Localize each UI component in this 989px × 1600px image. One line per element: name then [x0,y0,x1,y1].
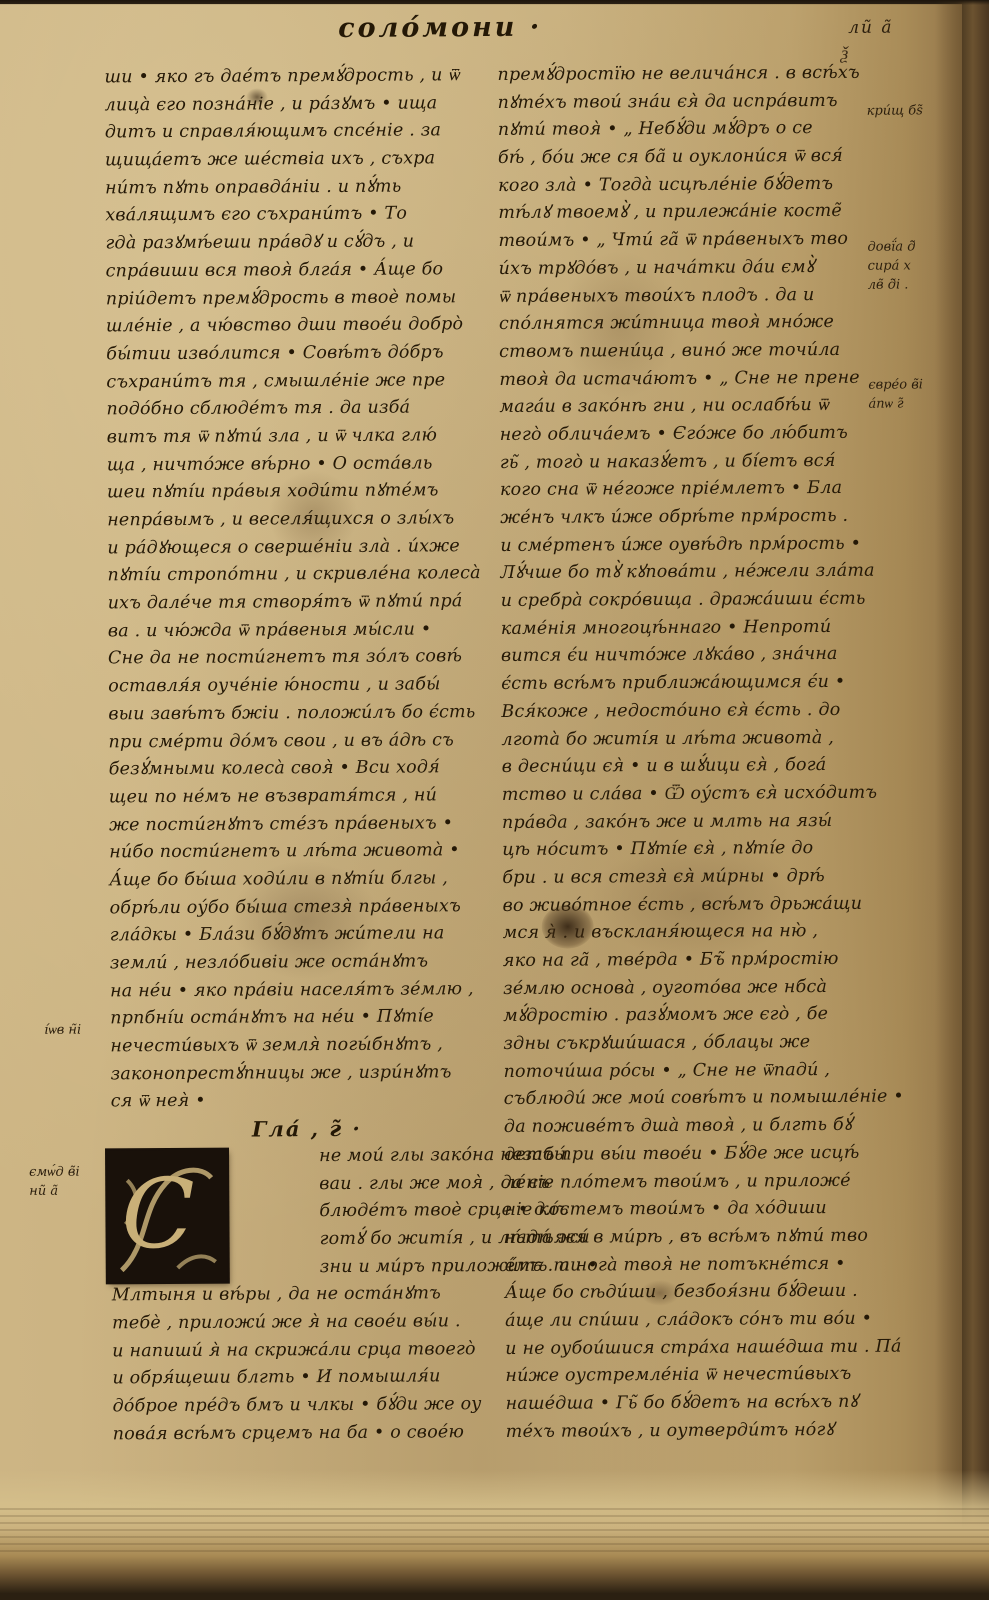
text-line: ща , ничто́же вѣ́рно • О оста́вль [107,450,499,480]
text-line: цѣ но́ситъ • Пꙋті́е єя̀ , пꙋті́е до [502,835,894,865]
folio-number: ли̃ а̃ [848,18,893,38]
text-line: ни́бо пости́гнетъ и лѣ́та живота̀ • [109,837,501,867]
text-line: ни́тъ пꙋть оправда́ніи . и пꙋ́ть [105,173,497,203]
text-line: лгота̀ бо житі́я и лѣ́та живота̀ , [501,724,893,754]
text-line: непра́вымъ , и веселя́щихся о злы́хъ [107,505,499,535]
text-line: пꙋті́и стропо́тни , и скривле́на колеса̀ [107,560,499,590]
text-line: да поживе́тъ дша̀ твоя̀ , и блгть бꙋ́ [504,1112,896,1142]
text-line: земли́ , незло́бивіи же оста́нꙋтъ [110,948,502,978]
margin-note-right-3: євре́о в̃іа́пѡ г̃ [868,375,923,413]
text-line: и́хъ трꙋдо́въ , и нача́тки да́и ємꙋ̀ [499,253,891,283]
text-line: на не́и • яко пра́віи населя́тъ зе́млю , [110,976,502,1006]
text-line: кого зла̀ • Тогда̀ исцѣле́ніе бꙋ́детъ [498,170,890,200]
text-line: ни́же оустремле́ніа ѿ нечести́выхъ [505,1361,897,1391]
text-line: выи завѣ́тъ бжіи . положи́лъ бо є́сть [108,699,500,729]
text-line: Лꙋ́чше бо тꙋ̀ кꙋпова́ти , не́жели зла́та [500,558,892,588]
margin-note-right-1: кри́щ бѕ̃ [867,101,923,120]
text-line: вится є́и ничто́же лꙋка́во , зна́чна [501,641,893,671]
text-line: безꙋ́мными колеса̀ своя̀ • Вси ходя́ [109,754,501,784]
text-line: бы́тии изво́лится • Совѣ́тъ до́бръ [106,339,498,369]
page-right-edge-shadow [935,0,989,1600]
text-line: бѣ́ , бо́и же ся ба̃ и оуклони́ся ѿ вся́ [498,143,890,173]
text-line: бри . и вся стезя̀ єя̀ ми́рны • дрѣ́ [502,863,894,893]
text-line: и ра́дꙋющеся о сверше́ніи зла̀ . и́хже [107,533,499,563]
text-line: законопрестꙋ́пницы же , изри́нꙋтъ [110,1059,502,1089]
text-line: ся ѿ нея̀ • [111,1086,503,1116]
text-line: Вся́коже , недосто́ино єя̀ є́сть . до [501,696,893,726]
text-line: тебѐ , приложи́ же я̀ на свое́и вы́и . [112,1308,504,1338]
text-line: ихъ дале́че тя створя́тъ ѿ пꙋти́ пра́ [108,588,500,618]
text-line: Сне да не пости́гнетъ тя зо́лъ совѣ́ [108,643,500,673]
text-line: готꙋ́ бо житі́я , и лѣ́та жи́ [319,1225,503,1254]
text-line: в десни́ци єя̀ • и в шꙋ́ици єя̀ , бога́ [502,752,894,782]
text-line: во живо́тное є́сть , всѣ́мъ дрьжа́щи [502,890,894,920]
text-line: шле́ніе , а чю́вство дши твое́и добро̀ [106,311,498,341]
text-line: твоя̀ да истача́ютъ • „ Сне не прене [499,364,891,394]
text-line: спра́виши вся твоя̀ блга́я • А́ще бо [106,256,498,286]
text-line: ши • яко гъ дае́тъ премꙋ́дрость , и ѿ [104,62,496,92]
text-line: гда̀ разꙋмѣ́еши пра́вдꙋ и сꙋ́дъ , и [105,228,497,258]
text-line: щеи по не́мъ не възвратя́тся , ни́ [109,782,501,812]
text-line: детъ при вы́и твое́и • Бꙋ́де же исцѣ́ [504,1139,896,1169]
text-line: пꙋте́хъ твои́ зна́и єя̀ да испра́витъ [498,87,890,117]
text-line: А́ще бо бы́ша ходи́ли в пꙋті́и блгы , [109,865,501,895]
text-line: гла́дкы • Бла́зи бꙋ́дꙋтъ жи́тели на [110,920,502,950]
text-line: дитъ и справля́ющимъ спсе́ніе . за [105,117,497,147]
text-line: обрѣ́ли оу́бо бы́ша стезя̀ пра́веныхъ [109,893,501,923]
text-line: кого сна ѿ не́гоже пріе́млетъ • Бла [500,475,892,505]
page-edge-streaks [0,1508,989,1552]
text-line: ле́ніе пло́темъ твои́мъ , и приложе́ [504,1167,896,1197]
text-line: наше́дша • Гь̃ бо бꙋ́детъ на всѣ́хъ пꙋ [505,1389,897,1419]
text-line: пꙋти́ твоя̀ • „ Небꙋ́ди мꙋ́дръ о се [498,115,890,145]
text-line: мся я̀ . и въскланя́ющеся на ню̀ , [503,918,895,948]
text-line: зни и ми́ръ приложи́тъ ти • [320,1253,504,1282]
text-line: щища́етъ же ше́ствіа ихъ , съхра [105,145,497,175]
text-line: ѿ пра́веныхъ твои́хъ плодъ . да и [499,281,891,311]
text-line: ствомъ пшени́ца , вино́ же точи́ла [499,336,891,366]
text-line: и сме́ртенъ и́же оувѣ́дѣ прм́рость • [500,530,892,560]
text-line: е́мъ . а нога̀ твоя̀ не потъкне́тся • [505,1250,897,1280]
text-line: пра́вда , зако́нъ же и млть на язы́ [502,807,894,837]
text-line: хва́лящимъ єго съхрани́тъ • То [105,200,497,230]
text-line: ваи . глы же моя̀ , да съ [319,1169,503,1198]
text-line: премꙋ́дростїю не велича́нся . в всѣ́хъ [497,60,889,90]
text-line: при сме́рти до́мъ свои , и въ а́дѣ съ [108,726,500,756]
book-scan: соло́мони · ли̃ а̃ ѯ ши • яко гъ дае́тъ … [0,0,989,1600]
text-line: яко на га̃ , тве́рда • Бъ̃ прм́ростію [503,946,895,976]
text-line: зе́млю основа̀ , оугото́ва же нбса̀ [503,973,895,1003]
text-line: гь̃ , того̀ и наказꙋ́етъ , и бі́етъ вся́ [500,447,892,477]
text-line: а́ще ли спи́ши , сла́докъ со́нъ ти во́и … [505,1306,897,1336]
left-column-lower-lines: Млтыня и вѣ́ры , да не оста́нꙋтътебѐ , п… [112,1280,505,1449]
margin-note-left-1: і́ѡв н̃і [44,1021,81,1040]
right-column-lines: премꙋ́дростїю не велича́нся . в всѣ́хъпꙋ… [497,60,897,1447]
text-line: Млтыня и вѣ́ры , да не оста́нꙋтъ [112,1280,504,1310]
text-line: до́брое пре́дъ бмъ и члкы • бꙋ́ди же оу [113,1391,505,1421]
text-line: є́сть всѣ́мъ приближа́ющимся є́и • [501,669,893,699]
text-line: мꙋ́дростію . разꙋ́момъ же єго̀ , бе [503,1001,895,1031]
text-line: ва . и чю́жда ѿ пра́веныя мы́сли • [108,616,500,646]
text-line: твои́мъ • „ Чти́ га̃ ѿ пра́веныхъ тво [498,226,890,256]
text-line: а́пѡ г̃ [868,394,923,413]
text-line: и напиши́ я̀ на скрижа́ли срца твоего̀ [112,1336,504,1366]
text-line: прпбні́и оста́нꙋтъ на не́и • Пꙋті́е [110,1003,502,1033]
left-text-column: ши • яко гъ дае́тъ премꙋ́дрость , и ѿлиц… [104,62,504,1449]
drop-cap-ornament [107,1150,228,1283]
page-top-edge-shadow [0,0,989,5]
text-line: витъ тя ѿ пꙋти́ зла , и ѿ члка глю́ [107,422,499,452]
text-line: съблюди́ же мои́ совѣ́тъ и помышле́ніе • [504,1084,896,1114]
text-line: кри́щ бѕ̃ [867,101,923,120]
margin-note-right-2: довї́а д̃сира́ хлв̃ д̃і . [867,237,915,294]
text-line: лв̃ д̃і . [868,275,916,294]
text-line: сира́ х [868,256,916,275]
running-header: соло́мони · [0,10,880,47]
drop-cap-initial: С [107,1150,228,1283]
text-line: поточи́ша ро́сы • „ Сне не ѿпади́ , [503,1056,895,1086]
text-line: тѣ́лꙋ твоемꙋ̀ , и прилежа́ніе косте̃ [498,198,890,228]
text-line: и не оубои́шися стра́ха наше́дша ти . Па… [505,1333,897,1363]
text-line: съхрани́тъ тя , смышле́ніе же пре [106,367,498,397]
text-line: ємѡ́д в̃і [29,1163,80,1182]
text-line: блюде́тъ твоѐ срце • длъ [319,1197,503,1226]
text-line: тство и сла́ва • Ѿ оу́стъ єя̀ исхо́дитъ [502,779,894,809]
chapter-heading: Гла́ , г̃ · [111,1114,503,1144]
text-line: же пости́гнꙋтъ сте́зъ пра́веныхъ • [109,810,501,840]
text-line: ни̃ а̃ [29,1182,80,1201]
text-line: шеи пꙋті́и пра́выя ходи́ти пꙋте́мъ [107,477,499,507]
text-line: не мои́ глы зако́на незабы́ [319,1142,503,1171]
left-column-upper-lines: ши • яко гъ дае́тъ премꙋ́дрость , и ѿлиц… [104,62,502,1117]
text-line: него̀ облича́емъ • Єго́же бо лю́битъ [500,420,892,450]
text-line: мага́и в зако́нѣ гни , ни ослабѣ́и ѿ [499,392,891,422]
text-line: А́ще бо сѣди́ши , безбоя́зни бꙋ́деши . [505,1278,897,1308]
text-line: оставля́я оуче́ніе ю́ности , и забы́ [108,671,500,701]
margin-note-left-2: ємѡ́д в̃іни̃ а̃ [29,1163,80,1201]
page-content: соло́мони · ли̃ а̃ ѯ ши • яко гъ дае́тъ … [0,0,989,1543]
text-line: и сребра̀ сокро́вища . дража́иши є́сть [501,586,893,616]
text-line: каме́нія многоцѣ́ннаго • Непроти́ [501,613,893,643]
text-line: здны съкрꙋши́шася , о́блацы же [503,1029,895,1059]
text-line: і́ѡв н̃і [44,1021,81,1040]
text-line: надѣ́яся в ми́рѣ , въ всѣ́мъ пꙋти́ тво [504,1222,896,1252]
text-line: те́хъ твои́хъ , и оутверди́тъ но́гꙋ [506,1416,898,1446]
right-text-column: премꙋ́дростїю не велича́нся . в всѣ́хъпꙋ… [497,60,897,1447]
text-line: довї́а д̃ [867,237,915,256]
text-line: пріи́детъ премꙋ́дрость в твоѐ помы [106,283,498,313]
text-line: ніе ко́стемъ твои́мъ • да хо́диши [504,1195,896,1225]
text-line: нечести́выхъ ѿ земля̀ погы́бнꙋтъ , [110,1031,502,1061]
text-line: лица̀ єго позна́ніе , и ра́зꙋмъ • ища [105,90,497,120]
text-line: подо́бно сблюде́тъ тя . да изба́ [106,394,498,424]
text-line: пова́я всѣ́мъ срцемъ на ба • о свое́ю [113,1419,505,1449]
text-line: спо́лнятся жи́тница твоя̀ мно́же [499,309,891,339]
text-line: євре́о в̃і [868,375,923,394]
text-line: же́нъ члкъ и́же обрѣ́те прм́рость . [500,503,892,533]
text-line: и обря́щеши блгть • И помышля́и [112,1363,504,1393]
